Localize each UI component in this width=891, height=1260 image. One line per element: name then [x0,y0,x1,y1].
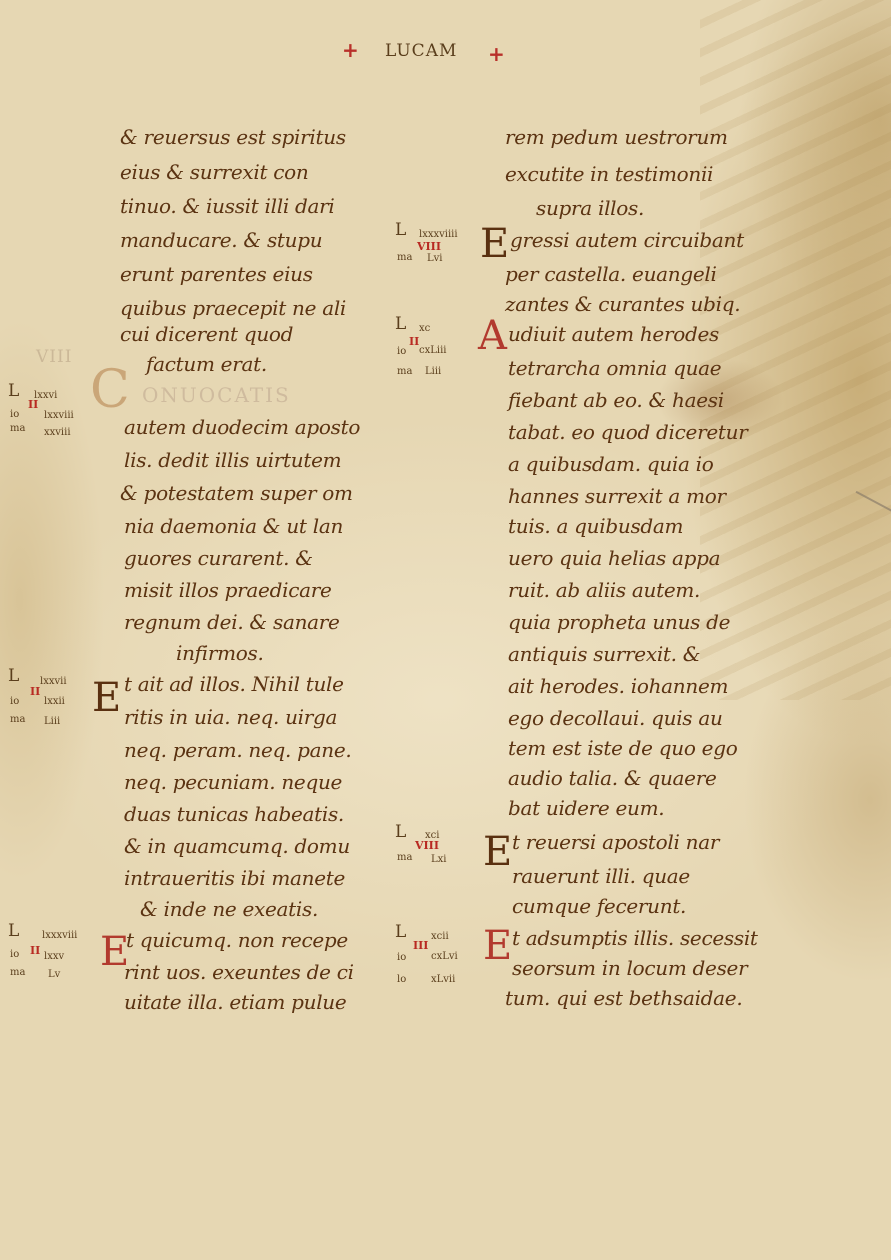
canon-number: ma [397,252,412,264]
canon-number: L [8,385,19,397]
canon-number: lo [397,974,406,986]
canon-number: II [30,945,40,957]
text-line: neq. pecuniam. neque [124,770,342,794]
canon-number: io [397,952,406,964]
water-stain [700,0,891,700]
canon-number: ma [10,967,25,979]
canon-number: Lv [48,969,60,981]
canon-number: Lxi [431,854,446,866]
text-line: ego decollaui. quis au [508,706,723,730]
faded-margin-mark: VIII [36,347,72,367]
text-line: ait herodes. iohannem [508,674,728,698]
canon-number: lxxviii [44,410,74,422]
text-line: rauerunt illi. quae [512,864,690,888]
canon-table-note: L lxxxviiii VIII ma Lvi [395,224,485,274]
canon-table-note: L lxxvi II io lxxviii ma xxviii [8,385,98,445]
canon-number: lxxvii [40,676,67,688]
text-line: ritis in uia. neq. uirga [124,705,337,729]
canon-table-note: L lxxvii II io lxxii ma Liii [8,670,98,730]
canon-number: ma [397,366,412,378]
text-line: nia daemonia & ut lan [124,514,343,538]
canon-number: ma [10,423,25,435]
text-line: & potestatem super om [120,481,353,505]
text-line: & inde ne exeatis. [140,897,318,921]
red-cross-icon: + [488,42,505,66]
text-line: t quicumq. non recepe [126,928,348,952]
canon-number: II [30,686,40,698]
canon-number: lxxii [44,696,65,708]
canon-table-note: L xc II io cxLiii ma Liii [395,318,485,378]
text-line: t ait ad illos. Nihil tule [124,672,344,696]
text-line: & in quamcumq. domu [124,834,350,858]
text-line: antiquis surrexit. & [508,642,700,666]
text-line: erunt parentes eius [120,262,313,286]
text-line: fiebant ab eo. & haesi [508,388,724,412]
text-line: rem pedum uestrorum [505,125,728,149]
text-line: manducare. & stupu [120,228,322,252]
text-line: bat uidere eum. [508,796,664,820]
canon-number: xLvii [431,974,455,986]
text-line: intraueritis ibi manete [124,866,345,890]
canon-number: xxviii [44,427,71,439]
canon-number: ma [10,714,25,726]
canon-number: io [397,346,406,358]
rubric-heading: ONUOCATIS [142,383,291,407]
canon-number: lxxv [44,951,64,963]
text-line: per castella. euangeli [505,262,717,286]
canon-number: II [28,399,38,411]
text-line: uero quia helias appa [508,546,720,570]
text-line: rint uos. exeuntes de ci [124,960,354,984]
text-line: tem est iste de quo ego [508,736,737,760]
text-line: misit illos praedicare [124,578,332,602]
text-line: excutite in testimonii [505,162,713,186]
text-line: zantes & curantes ubiq. [505,292,740,316]
text-line: tum. qui est bethsaidae. [505,986,742,1010]
text-line: & reuersus est spiritus [120,125,346,149]
text-line: tinuo. & iussit illi dari [120,194,334,218]
canon-number: io [10,949,19,961]
text-line: supra illos. [536,196,644,220]
text-line: infirmos. [176,641,264,665]
canon-number: Liii [425,366,441,378]
canon-number: III [413,940,428,952]
text-line: hannes surrexit a mor [508,484,726,508]
canon-number: Liii [44,716,60,728]
canon-number: II [409,336,419,348]
canon-number: L [395,318,406,330]
text-line: a quibusdam. quia io [508,452,714,476]
text-line: neq. peram. neq. pane. [124,738,351,762]
text-line: udiuit autem herodes [508,322,719,346]
text-line: quia propheta unus de [508,610,730,634]
text-line: guores curarent. & [124,546,313,570]
text-line: quibus praecepit ne ali [120,296,346,320]
initial-letter: E [483,832,512,872]
text-line: tetrarcha omnia quae [508,356,721,380]
canon-number: xc [419,323,430,335]
canon-number: L [8,925,19,937]
text-line: seorsum in locum deser [512,956,747,980]
canon-number: io [10,409,19,421]
canon-table-note: L lxxxviii II io lxxv ma Lv [8,925,98,985]
text-line: t adsumptis illis. secessit [512,926,758,950]
text-line: autem duodecim aposto [124,415,360,439]
canon-number: L [395,926,406,938]
canon-number: ma [397,852,412,864]
red-initial: E [483,926,512,966]
canon-table-note: L xci VIII ma Lxi [395,826,485,876]
canon-number: cxLiii [419,345,446,357]
canon-number: L [395,224,406,236]
text-line: regnum dei. & sanare [124,610,340,634]
text-line: cui dicerent quod [120,322,293,346]
canon-number: VIII [415,840,439,852]
text-line: lis. dedit illis uirtutem [124,448,341,472]
canon-number: xcii [431,931,449,943]
manuscript-page: + LUCAM + & reuersus est spiritus eius &… [0,0,891,1260]
text-line: tuis. a quibusdam [508,514,683,538]
canon-number: cxLvi [431,951,458,963]
text-line: factum erat. [146,352,267,376]
red-cross-icon: + [342,38,359,62]
text-line: duas tunicas habeatis. [124,802,344,826]
canon-number: Lvi [427,253,443,265]
running-head-title: LUCAM [385,41,457,61]
canon-number: L [395,826,406,838]
canon-number: VIII [417,241,441,253]
canon-table-note: L xcii III io cxLvi lo xLvii [395,926,485,986]
text-line: t reuersi apostoli nar [512,830,719,854]
canon-number: L [8,670,19,682]
text-line: uitate illa. etiam pulue [124,990,346,1014]
text-line: gressi autem circuibant [510,228,744,252]
text-line: ruit. ab aliis autem. [508,578,700,602]
text-line: audio talia. & quaere [508,766,717,790]
canon-number: io [10,696,19,708]
canon-number: lxxxviii [42,930,77,942]
text-line: eius & surrexit con [120,160,309,184]
text-line: cumque fecerunt. [512,894,686,918]
running-head: + LUCAM + [0,38,891,68]
text-line: tabat. eo quod diceretur [508,420,747,444]
